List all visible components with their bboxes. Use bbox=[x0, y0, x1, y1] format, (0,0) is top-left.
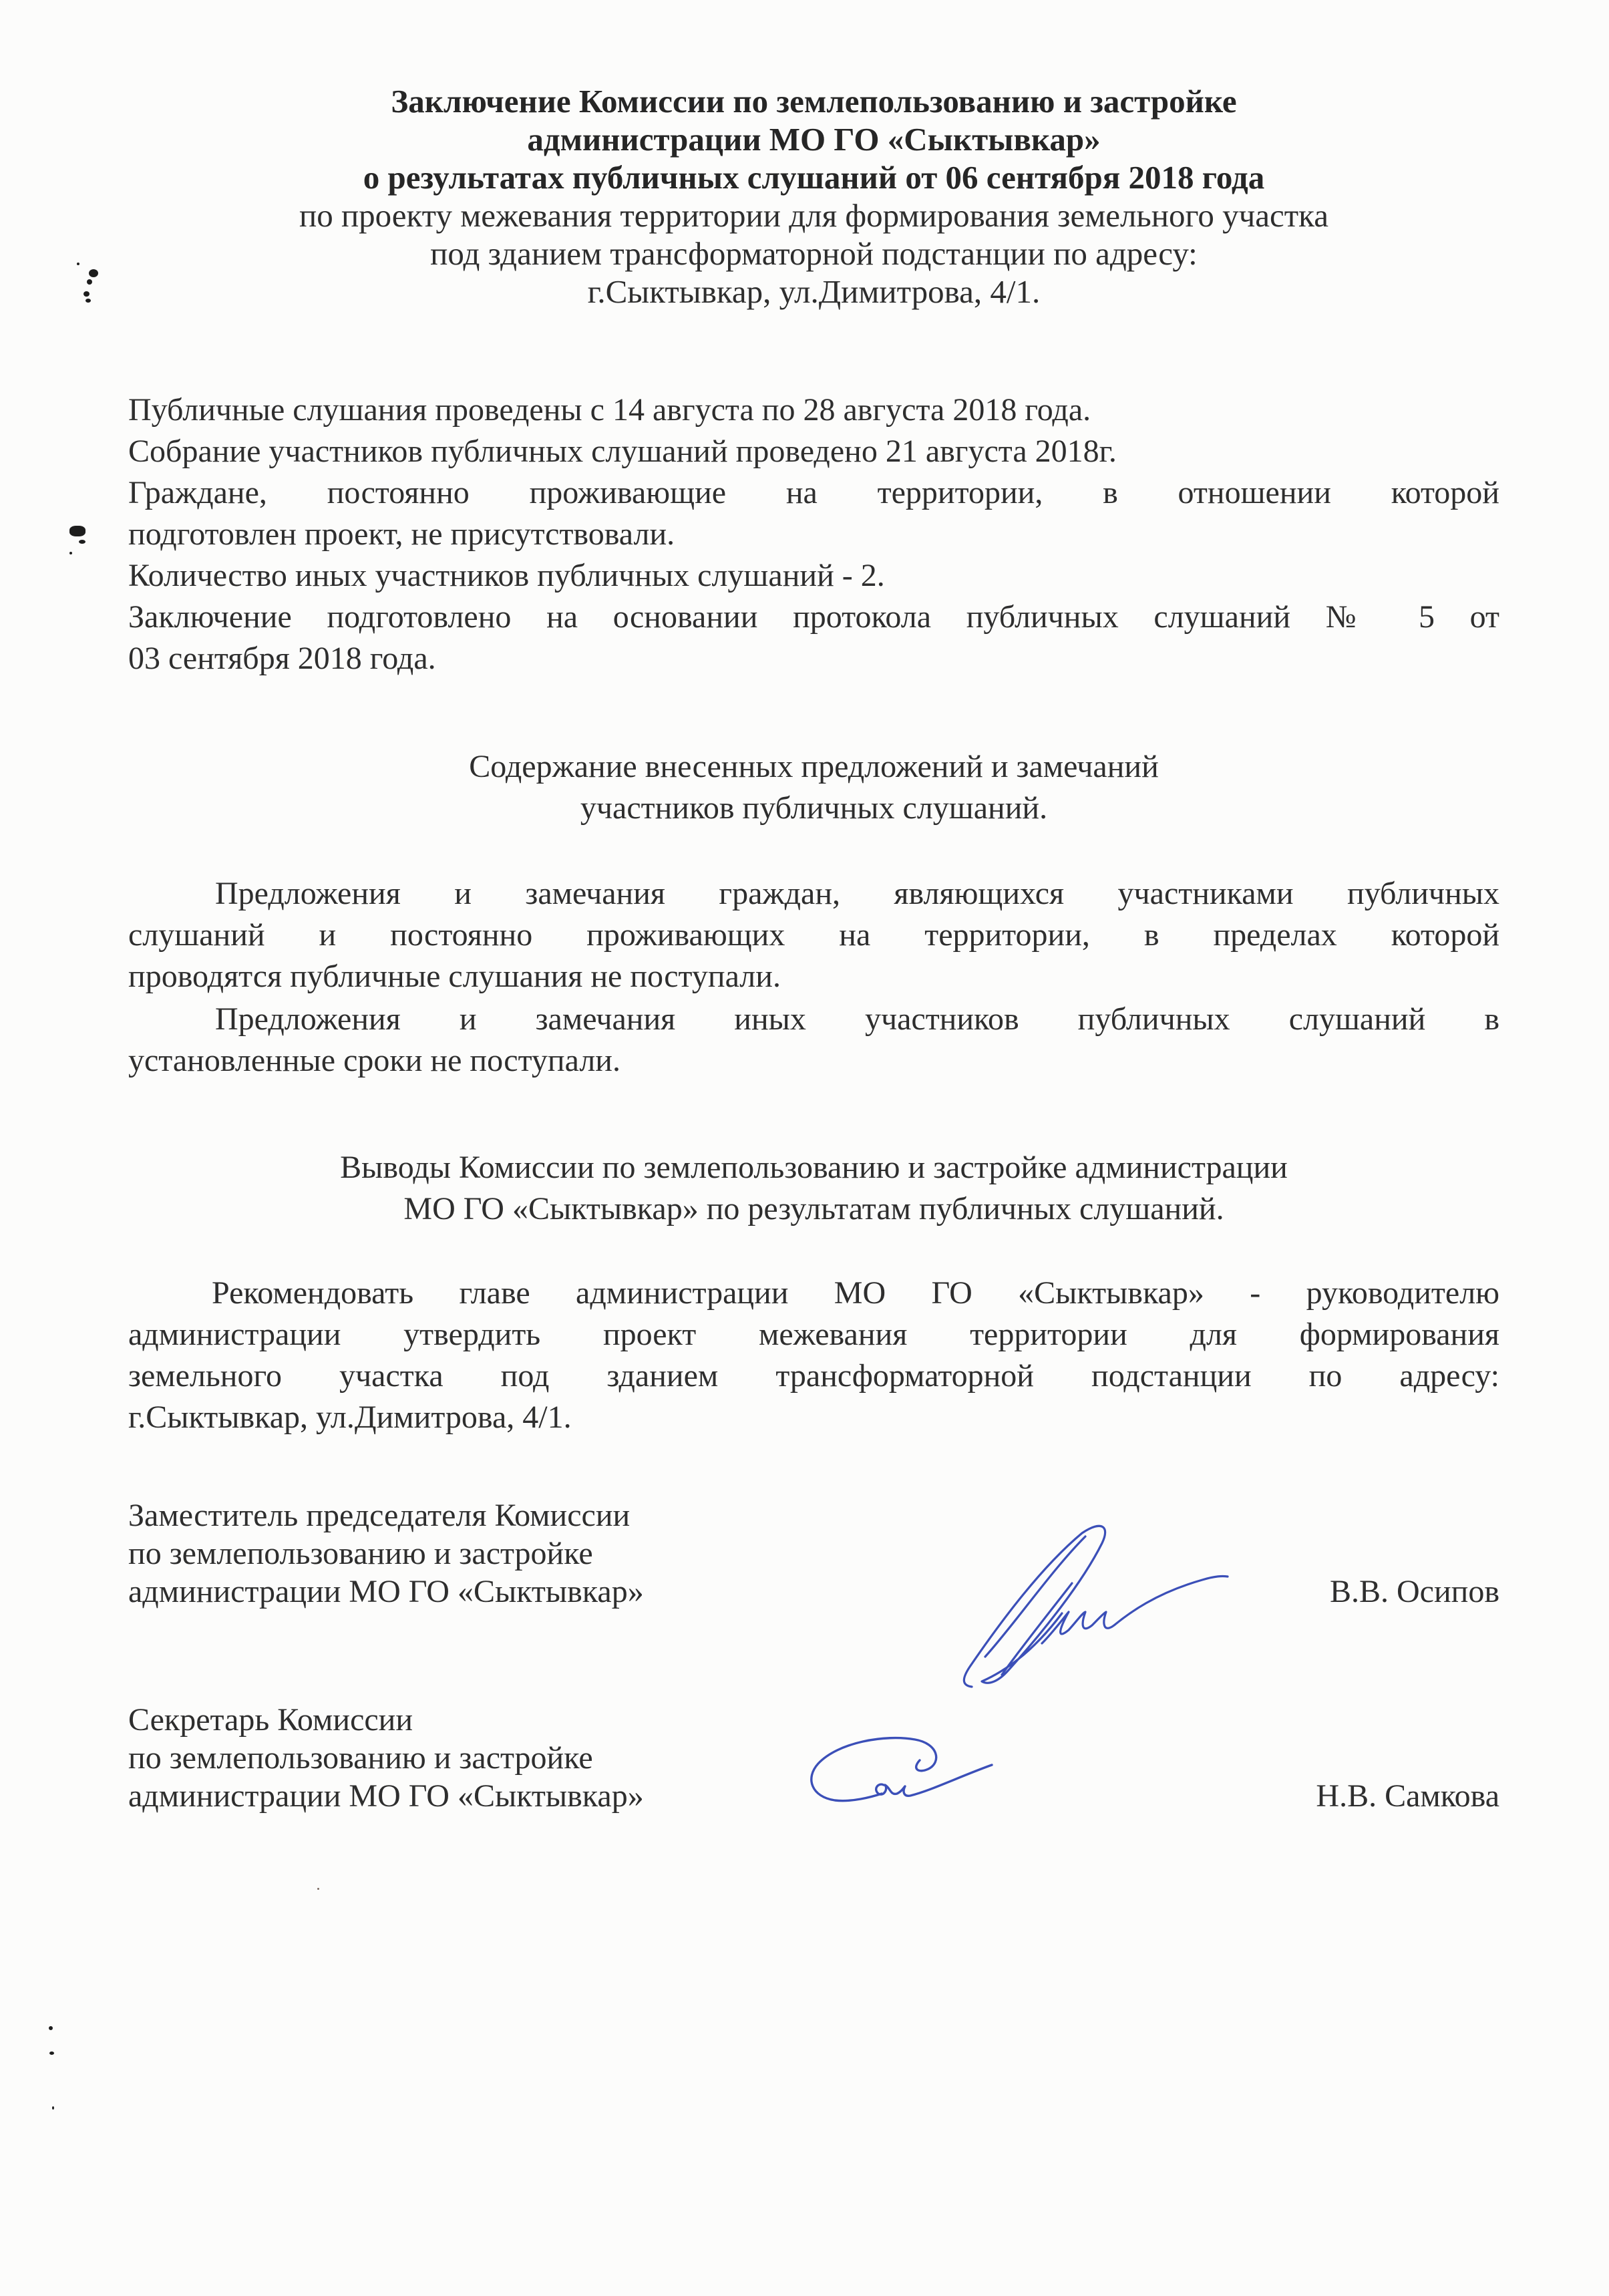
intro-section: Публичные слушания проведены с 14 август… bbox=[128, 389, 1499, 679]
position-line: Секретарь Комиссии bbox=[128, 1701, 644, 1739]
paragraph-line: администрации утвердить проект межевания… bbox=[128, 1314, 1499, 1355]
section-heading-line: Содержание внесенных предложений и замеч… bbox=[128, 746, 1499, 788]
paragraph-line: проводятся публичные слушания не поступа… bbox=[128, 956, 1499, 997]
position-line: администрации МО ГО «Сыктывкар» bbox=[128, 1777, 644, 1815]
residents-line: Граждане, постоянно проживающие на терри… bbox=[128, 472, 1499, 514]
meeting-date: Собрание участников публичных слушаний п… bbox=[128, 431, 1499, 472]
paragraph-line: Рекомендовать главе администрации МО ГО … bbox=[128, 1273, 1499, 1314]
basis-line: Заключение подготовлено на основании про… bbox=[128, 597, 1499, 638]
paragraph-line: г.Сыктывкар, ул.Димитрова, 4/1. bbox=[128, 1397, 1499, 1438]
proposals-paragraph-1: Предложения и замечания граждан, являющи… bbox=[128, 873, 1499, 997]
subtitle-line: по проекту межевания территории для форм… bbox=[128, 196, 1499, 234]
signatory-2-position: Секретарь Комиссии по землепользованию и… bbox=[128, 1701, 644, 1815]
position-line: Заместитель председателя Комиссии bbox=[128, 1496, 644, 1534]
title-line: Заключение Комиссии по землепользованию … bbox=[128, 82, 1499, 120]
basis-line: 03 сентября 2018 года. bbox=[128, 638, 1499, 679]
paragraph-line: земельного участка под зданием трансформ… bbox=[128, 1355, 1499, 1397]
signatory-2-name: Н.В. Самкова bbox=[1256, 1777, 1499, 1815]
residents-line: подготовлен проект, не присутствовали. bbox=[128, 514, 1499, 555]
position-line: администрации МО ГО «Сыктывкар» bbox=[128, 1573, 644, 1611]
recommendation-paragraph: Рекомендовать главе администрации МО ГО … bbox=[128, 1273, 1499, 1438]
subtitle-line: под зданием трансформаторной подстанции … bbox=[128, 234, 1499, 273]
other-participants-count: Количество иных участников публичных слу… bbox=[128, 555, 1499, 597]
position-line: по землепользованию и застройке bbox=[128, 1534, 644, 1573]
subtitle-line: г.Сыктывкар, ул.Димитрова, 4/1. bbox=[128, 273, 1499, 311]
conclusions-heading: Выводы Комиссии по землепользованию и за… bbox=[128, 1147, 1499, 1230]
signatory-1-name: В.В. Осипов bbox=[1256, 1573, 1499, 1611]
position-line: по землепользованию и застройке bbox=[128, 1739, 644, 1777]
paragraph-line: Предложения и замечания иных участников … bbox=[128, 999, 1499, 1040]
paragraph-line: установленные сроки не поступали. bbox=[128, 1040, 1499, 1082]
hearings-period: Публичные слушания проведены с 14 август… bbox=[128, 389, 1499, 431]
title-line: о результатах публичных слушаний от 06 с… bbox=[128, 158, 1499, 196]
paragraph-line: Предложения и замечания граждан, являющи… bbox=[128, 873, 1499, 915]
signatory-1-position: Заместитель председателя Комиссии по зем… bbox=[128, 1496, 644, 1611]
title-line: администрации МО ГО «Сыктывкар» bbox=[128, 120, 1499, 158]
proposals-heading: Содержание внесенных предложений и замеч… bbox=[128, 746, 1499, 829]
section-heading-line: МО ГО «Сыктывкар» по результатам публичн… bbox=[128, 1188, 1499, 1230]
section-heading-line: участников публичных слушаний. bbox=[128, 788, 1499, 829]
handwritten-signature-icon bbox=[935, 1506, 1242, 1700]
handwritten-signature-icon bbox=[798, 1730, 1012, 1817]
section-heading-line: Выводы Комиссии по землепользованию и за… bbox=[128, 1147, 1499, 1188]
proposals-paragraph-2: Предложения и замечания иных участников … bbox=[128, 999, 1499, 1082]
paragraph-line: слушаний и постоянно проживающих на терр… bbox=[128, 915, 1499, 956]
document-title: Заключение Комиссии по землепользованию … bbox=[128, 82, 1499, 311]
document-page: Заключение Комиссии по землепользованию … bbox=[0, 0, 1609, 2296]
